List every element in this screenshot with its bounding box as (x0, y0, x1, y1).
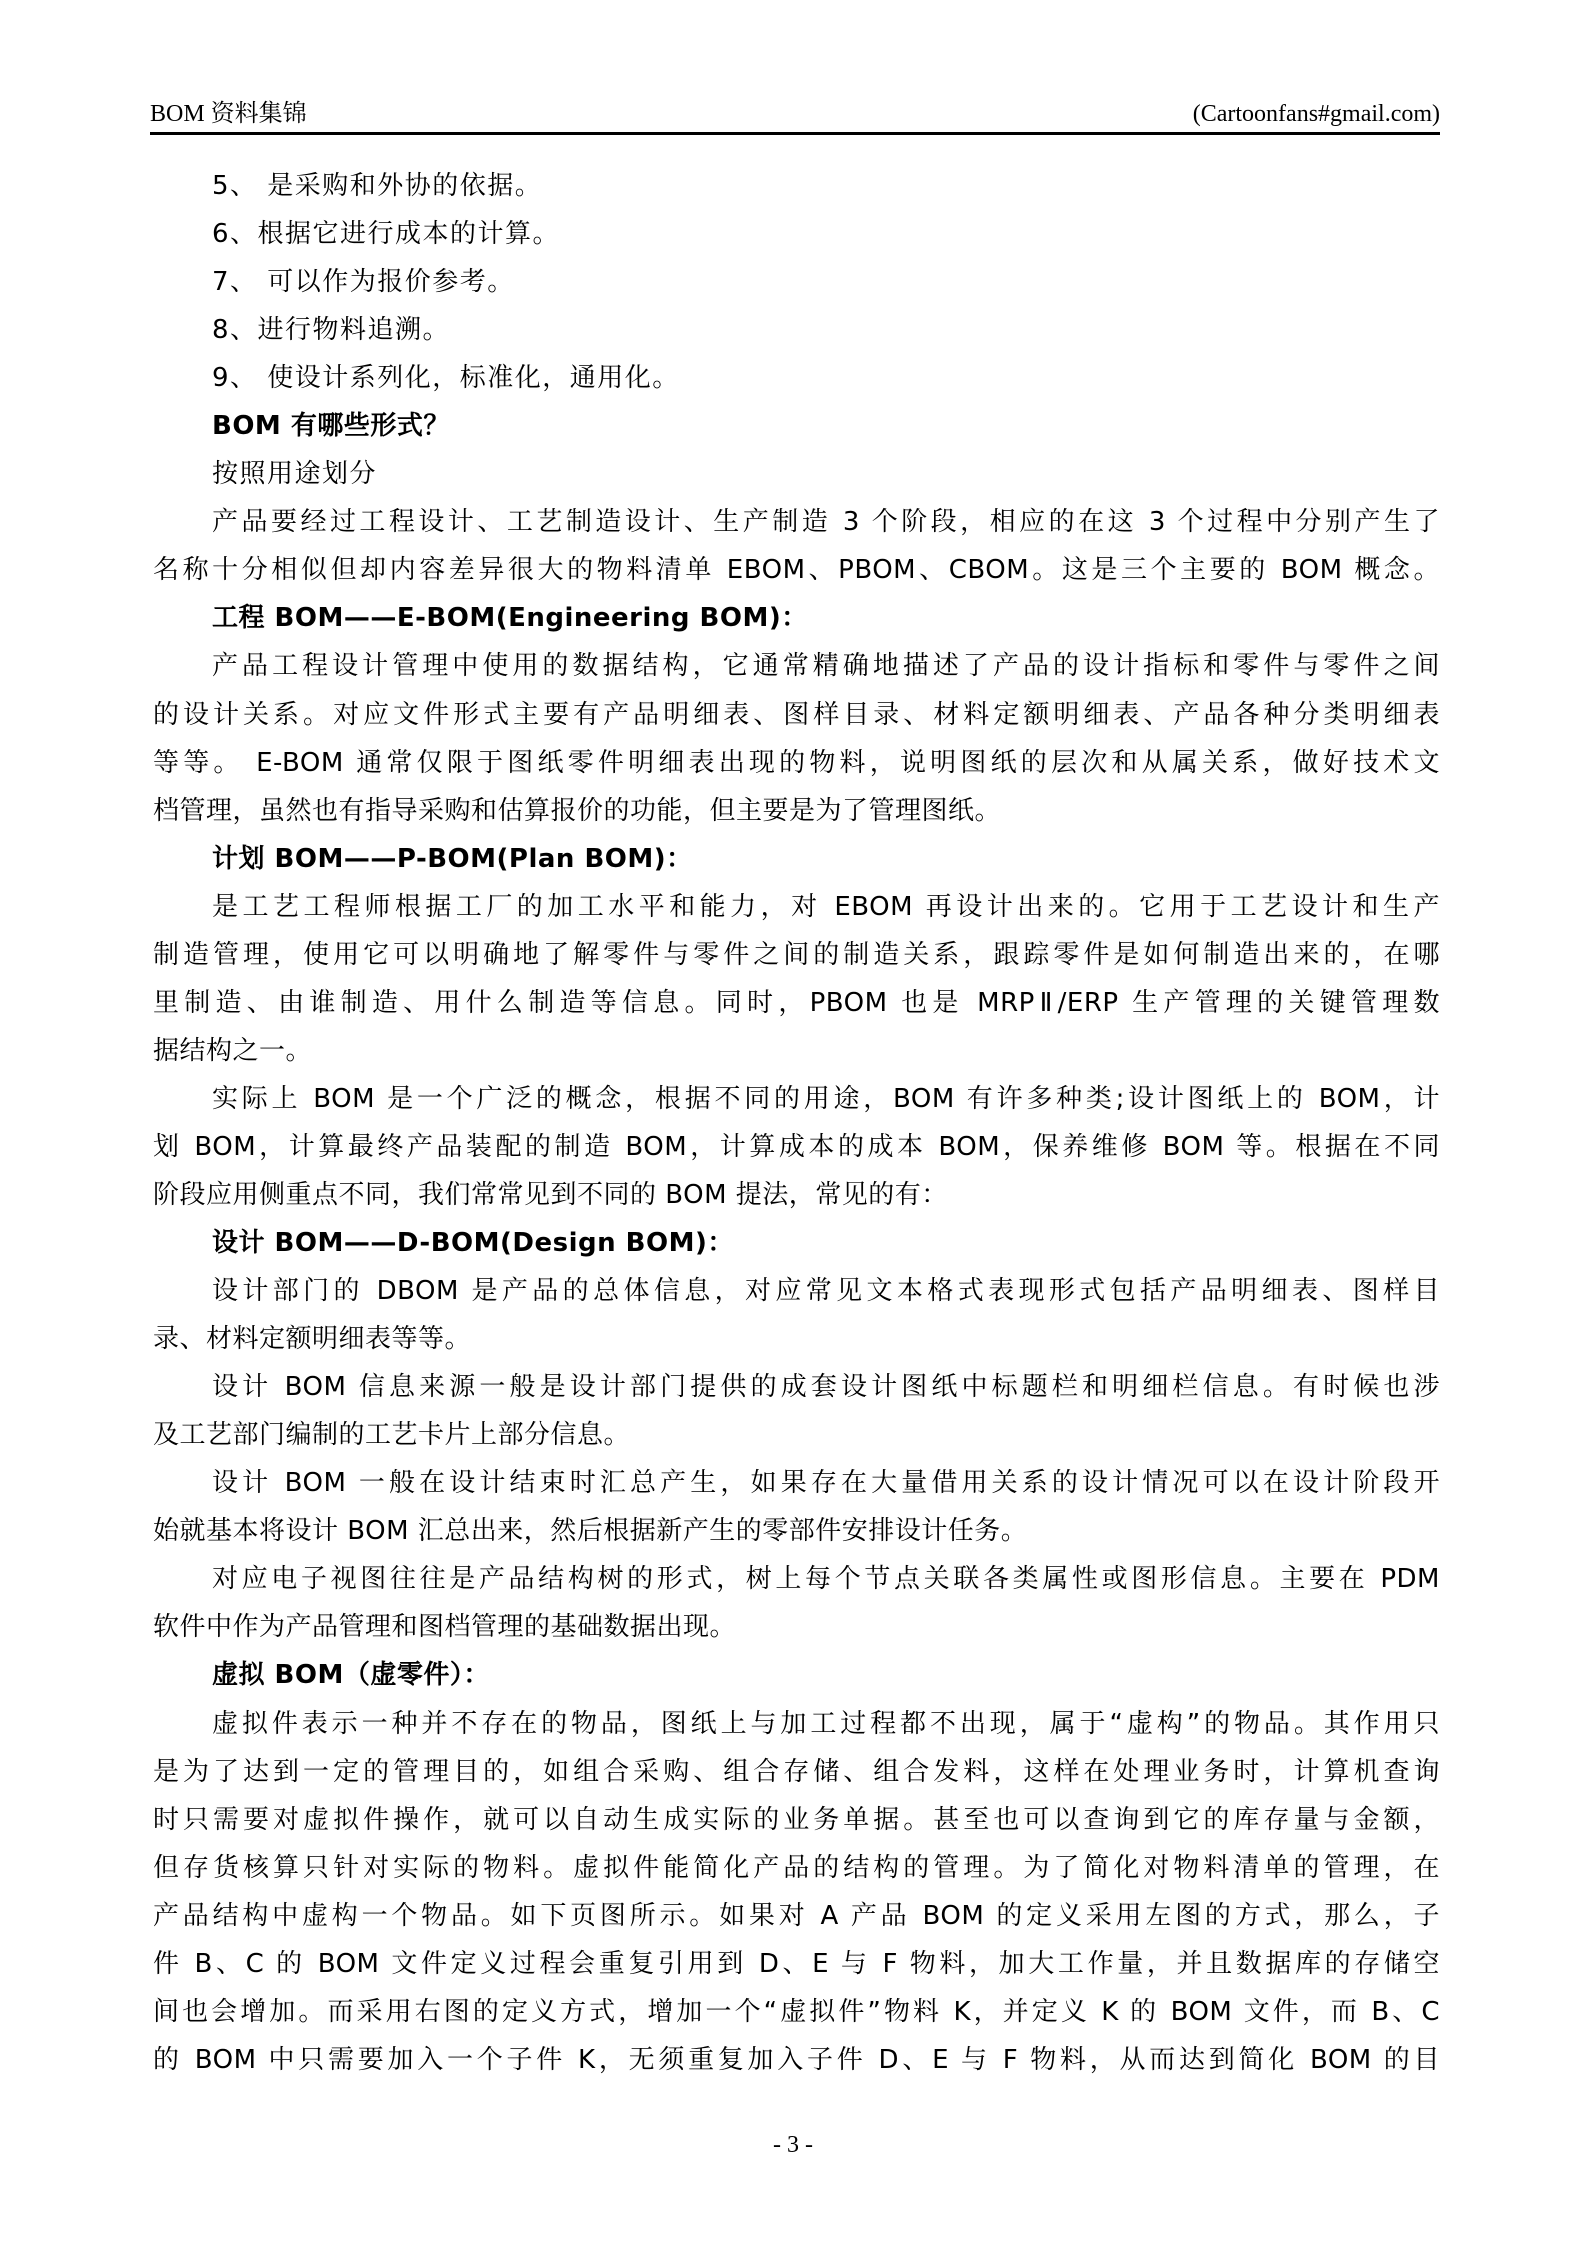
paragraph-line: 件 B、C 的 BOM 文件定义过程会重复引用到 D、E 与 F 物料，加大工作… (153, 1940, 1440, 1988)
list-item-6: 6、根据它进行成本的计算。 (153, 210, 1440, 258)
section-heading-virtual-bom: 虚拟 BOM（虚零件）： (153, 1651, 1440, 1699)
paragraph-line: 里制造、由谁制造、用什么制造等信息。同时，PBOM 也是 MRPⅡ/ERP 生产… (153, 979, 1440, 1027)
document-title: BOM 资料集锦 (150, 98, 307, 130)
paragraph-line: 产品要经过工程设计、工艺制造设计、生产制造 3 个阶段，相应的在这 3 个过程中… (153, 498, 1440, 546)
paragraph-line: 据结构之一。 (153, 1027, 1440, 1075)
list-item-7: 7、 可以作为报价参考。 (153, 258, 1440, 306)
section-heading-ebom: 工程 BOM——E-BOM(Engineering BOM)： (153, 594, 1440, 642)
page-header: BOM 资料集锦 (Cartoonfans#gmail.com) (150, 98, 1440, 132)
paragraph-line: 产品工程设计管理中使用的数据结构，它通常精确地描述了产品的设计指标和零件与零件之… (153, 642, 1440, 690)
list-item-5: 5、 是采购和外协的依据。 (153, 162, 1440, 210)
paragraph-line: 设计部门的 DBOM 是产品的总体信息，对应常见文本格式表现形式包括产品明细表、… (153, 1267, 1440, 1315)
paragraph-line: 间也会增加。而采用右图的定义方式，增加一个“虚拟件”物料 K，并定义 K 的 B… (153, 1988, 1440, 2036)
paragraph-line: 的 BOM 中只需要加入一个子件 K，无须重复加入子件 D、E 与 F 物料，从… (153, 2036, 1440, 2084)
paragraph-line: 是工艺工程师根据工厂的加工水平和能力，对 EBOM 再设计出来的。它用于工艺设计… (153, 883, 1440, 931)
list-item-8: 8、进行物料追溯。 (153, 306, 1440, 354)
paragraph-line: 划 BOM，计算最终产品装配的制造 BOM，计算成本的成本 BOM，保养维修 B… (153, 1123, 1440, 1171)
paragraph-line: 的设计关系。对应文件形式主要有产品明细表、图样目录、材料定额明细表、产品各种分类… (153, 691, 1440, 739)
paragraph-line: 名称十分相似但却内容差异很大的物料清单 EBOM、PBOM、CBOM。这是三个主… (153, 546, 1440, 594)
paragraph-line: 按照用途划分 (153, 450, 1440, 498)
section-heading-pbom: 计划 BOM——P-BOM(Plan BOM)： (153, 835, 1440, 883)
author-contact: (Cartoonfans#gmail.com) (1193, 98, 1440, 130)
paragraph-line: 等等。 E-BOM 通常仅限于图纸零件明细表出现的物料，说明图纸的层次和从属关系… (153, 739, 1440, 787)
paragraph-line: 设计 BOM 信息来源一般是设计部门提供的成套设计图纸中标题栏和明细栏信息。有时… (153, 1363, 1440, 1411)
header-rule (150, 132, 1440, 135)
page-number: - 3 - (0, 2132, 1586, 2159)
paragraph-line: 实际上 BOM 是一个广泛的概念，根据不同的用途，BOM 有许多种类;设计图纸上… (153, 1075, 1440, 1123)
paragraph-line: 但存货核算只针对实际的物料。虚拟件能简化产品的结构的管理。为了简化对物料清单的管… (153, 1844, 1440, 1892)
paragraph-line: 对应电子视图往往是产品结构树的形式，树上每个节点关联各类属性或图形信息。主要在 … (153, 1555, 1440, 1603)
paragraph-line: 设计 BOM 一般在设计结束时汇总产生，如果存在大量借用关系的设计情况可以在设计… (153, 1459, 1440, 1507)
paragraph-line: 产品结构中虚构一个物品。如下页图所示。如果对 A 产品 BOM 的定义采用左图的… (153, 1892, 1440, 1940)
paragraph-line: 档管理，虽然也有指导采购和估算报价的功能，但主要是为了管理图纸。 (153, 787, 1440, 835)
list-item-9: 9、 使设计系列化，标准化，通用化。 (153, 354, 1440, 402)
section-heading-bom-forms: BOM 有哪些形式？ (153, 402, 1440, 450)
paragraph-line: 及工艺部门编制的工艺卡片上部分信息。 (153, 1411, 1440, 1459)
document-body: 5、 是采购和外协的依据。 6、根据它进行成本的计算。 7、 可以作为报价参考。… (153, 162, 1440, 2084)
paragraph-line: 是为了达到一定的管理目的，如组合采购、组合存储、组合发料，这样在处理业务时，计算… (153, 1748, 1440, 1796)
section-heading-dbom: 设计 BOM——D-BOM(Design BOM)： (153, 1219, 1440, 1267)
paragraph-line: 录、材料定额明细表等等。 (153, 1315, 1440, 1363)
paragraph-line: 软件中作为产品管理和图档管理的基础数据出现。 (153, 1603, 1440, 1651)
paragraph-line: 虚拟件表示一种并不存在的物品，图纸上与加工过程都不出现，属于“虚构”的物品。其作… (153, 1700, 1440, 1748)
paragraph-line: 时只需要对虚拟件操作，就可以自动生成实际的业务单据。甚至也可以查询到它的库存量与… (153, 1796, 1440, 1844)
paragraph-line: 制造管理，使用它可以明确地了解零件与零件之间的制造关系，跟踪零件是如何制造出来的… (153, 931, 1440, 979)
paragraph-line: 阶段应用侧重点不同，我们常常见到不同的 BOM 提法，常见的有： (153, 1171, 1440, 1219)
paragraph-line: 始就基本将设计 BOM 汇总出来，然后根据新产生的零部件安排设计任务。 (153, 1507, 1440, 1555)
